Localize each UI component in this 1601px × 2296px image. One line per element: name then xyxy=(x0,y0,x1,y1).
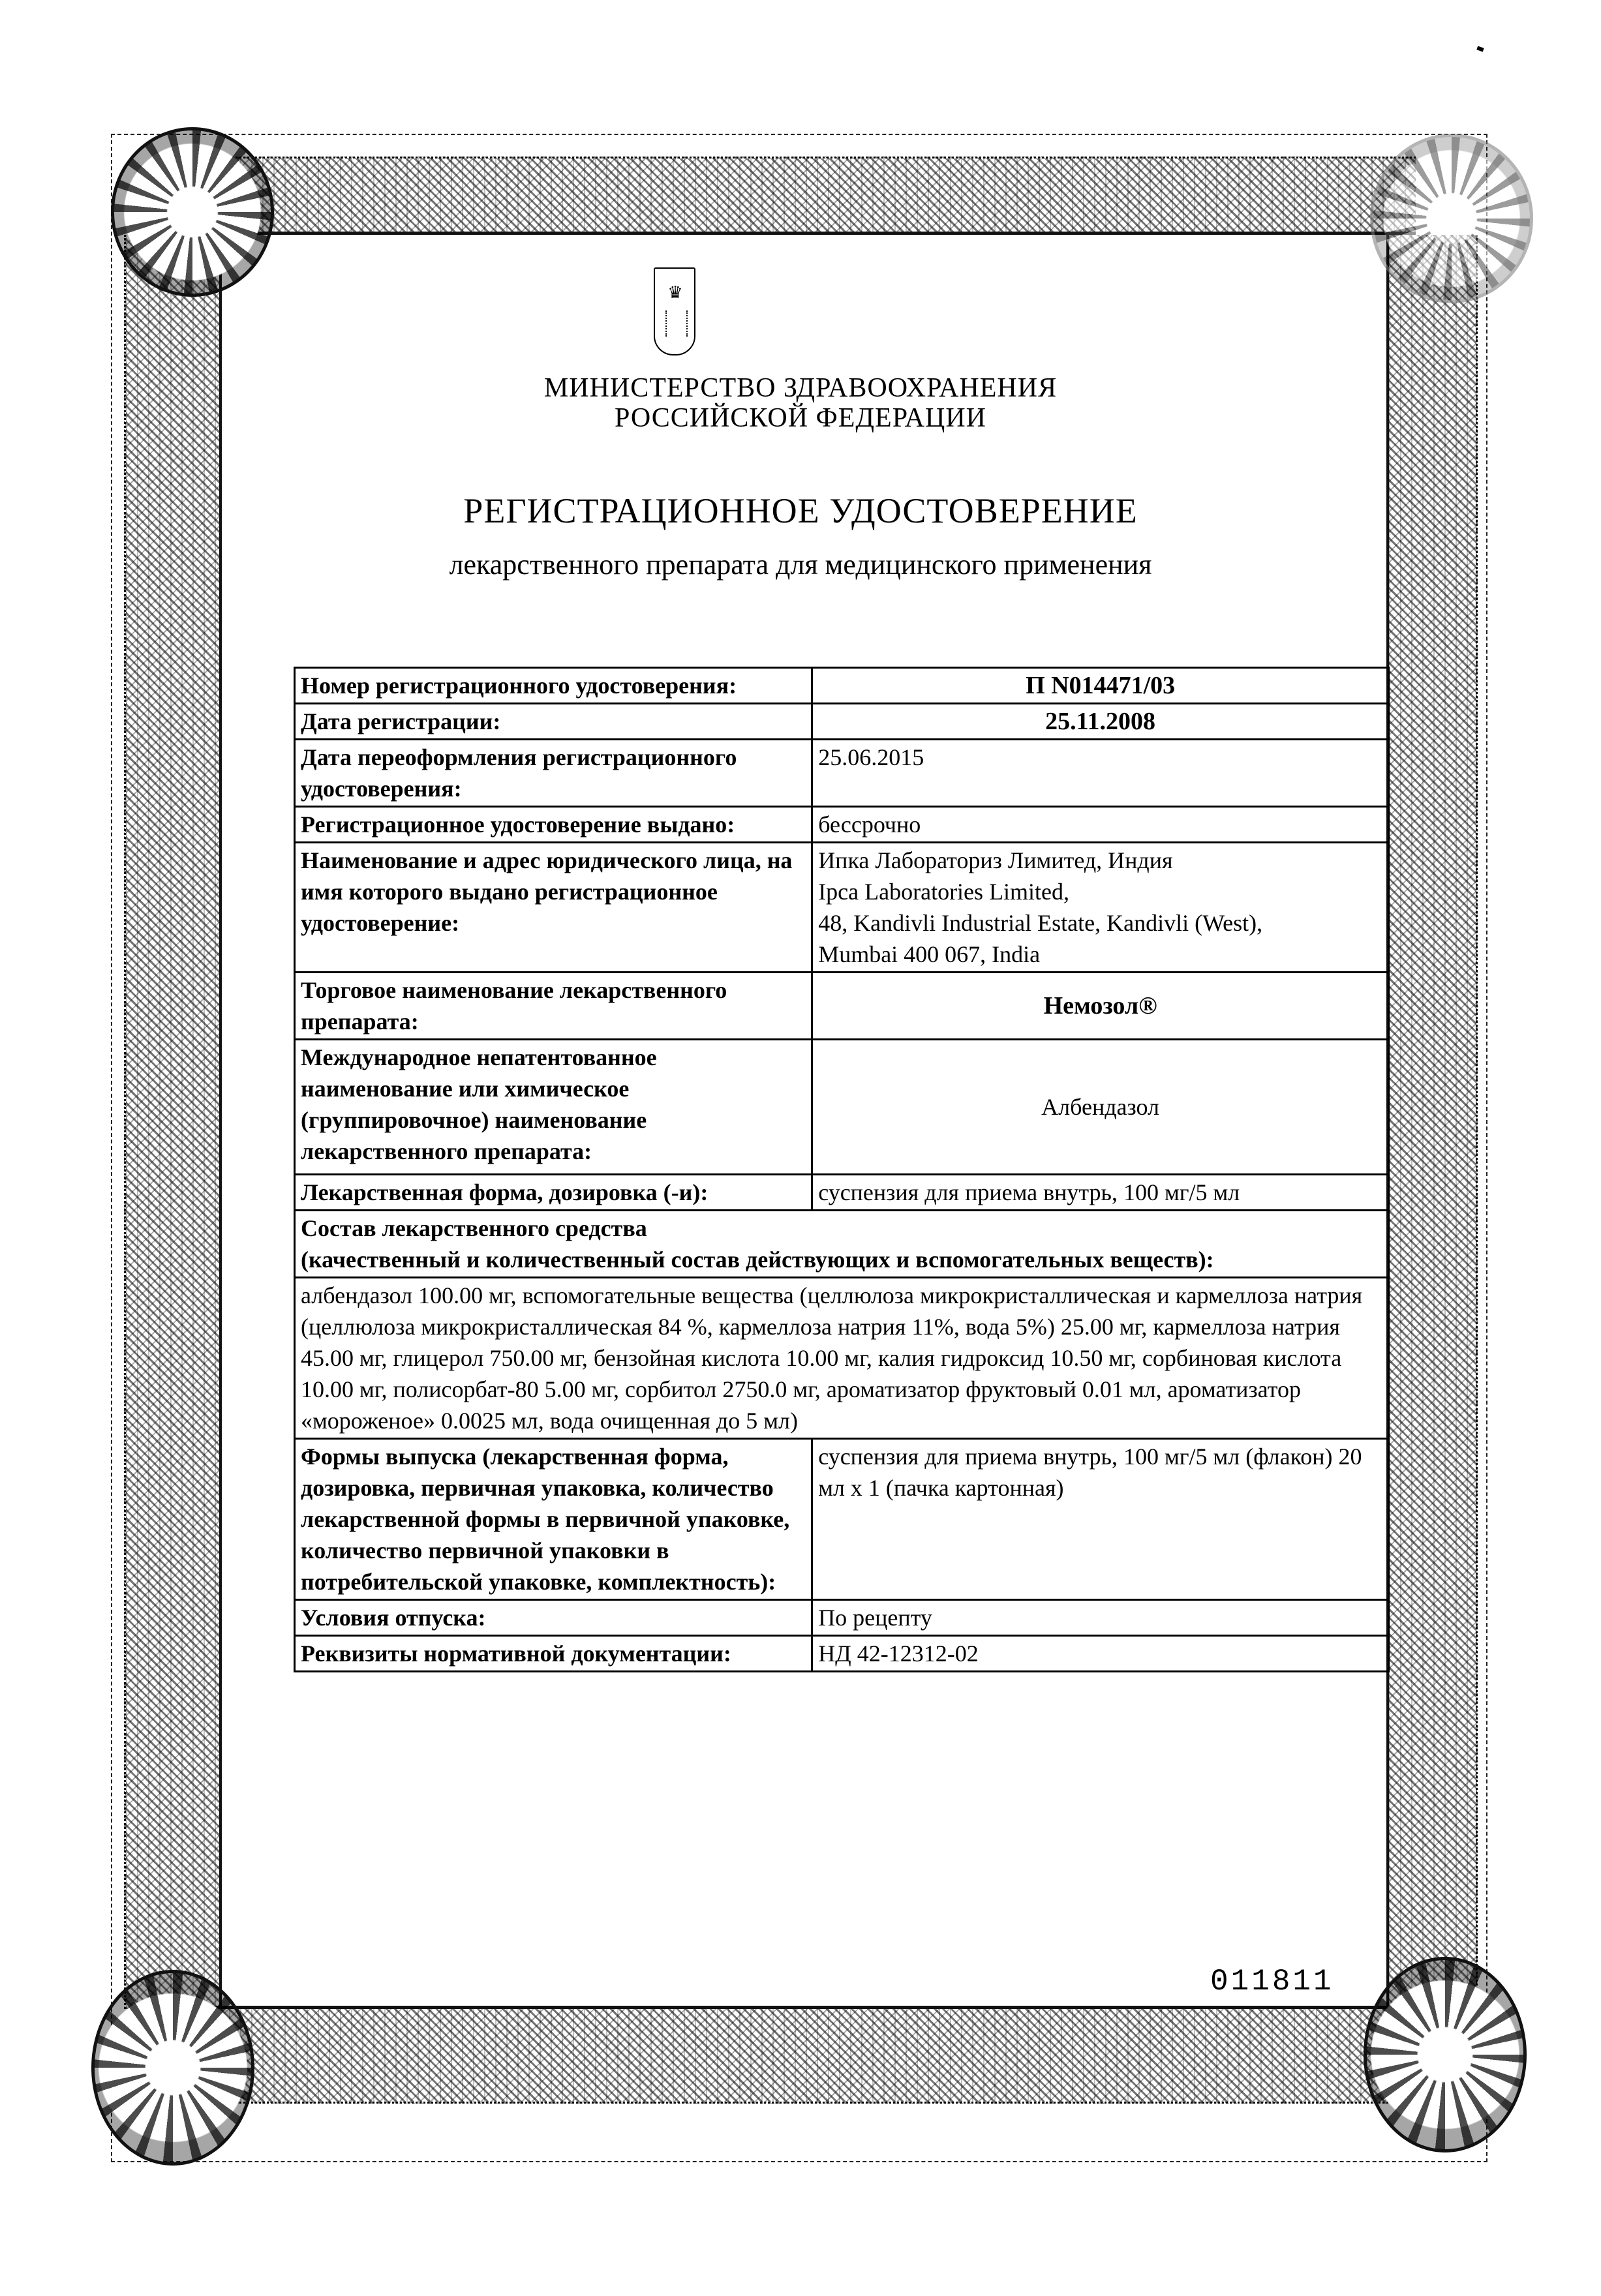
scan-speck xyxy=(1476,46,1484,52)
table-row-dosage-form: Лекарственная форма, дозировка (-и): сус… xyxy=(295,1175,1389,1211)
row-label: Дата переоформления регистрационного удо… xyxy=(295,740,812,807)
registration-table: Номер регистрационного удостоверения: П … xyxy=(294,667,1390,1672)
table-row-holder: Наименование и адрес юридического лица, … xyxy=(295,843,1389,973)
serial-number: 011811 xyxy=(1210,1965,1334,1999)
table-row-reissue-date: Дата переоформления регистрационного удо… xyxy=(295,740,1389,807)
table-row-normative-docs: Реквизиты нормативной документации: НД 4… xyxy=(295,1636,1389,1672)
composition-heading: Состав лекарственного средства (качестве… xyxy=(295,1211,1389,1278)
row-label: Номер регистрационного удостоверения: xyxy=(295,668,812,704)
table-row-registration-number: Номер регистрационного удостоверения: П … xyxy=(295,668,1389,704)
composition-heading-line1: Состав лекарственного средства xyxy=(301,1213,1382,1244)
validity: бессрочно xyxy=(812,807,1389,843)
ornament-band-top xyxy=(196,157,1416,235)
reissue-date: 25.06.2015 xyxy=(812,740,1389,807)
dosage-form: суспензия для приема внутрь, 100 мг/5 мл xyxy=(812,1175,1389,1211)
row-label: Наименование и адрес юридического лица, … xyxy=(295,843,812,973)
release-forms: суспензия для приема внутрь, 100 мг/5 мл… xyxy=(812,1439,1389,1600)
table-row-dispensing: Условия отпуска: По рецепту xyxy=(295,1600,1389,1636)
holder-line: Mumbai 400 067, India xyxy=(818,939,1382,970)
table-row-trade-name: Торговое наименование лекарственного пре… xyxy=(295,973,1389,1040)
table-row-composition-heading: Состав лекарственного средства (качестве… xyxy=(295,1211,1389,1278)
row-label: Формы выпуска (лекарственная форма, дози… xyxy=(295,1439,812,1600)
registration-number: П N014471/03 xyxy=(812,668,1389,704)
document-subtitle: лекарственного препарата для медицинског… xyxy=(0,548,1601,581)
normative-document: НД 42-12312-02 xyxy=(812,1636,1389,1672)
table-row-inn: Международное непатентованное наименован… xyxy=(295,1040,1389,1175)
ministry-name-line2: РОССИЙСКОЙ ФЕДЕРАЦИИ xyxy=(0,403,1601,433)
trade-name: Немозол® xyxy=(812,973,1389,1040)
rosette-icon-bottom-right xyxy=(1364,1957,1527,2152)
rosette-icon-top-left xyxy=(111,127,274,297)
dispensing-conditions: По рецепту xyxy=(812,1600,1389,1636)
table-row-release-forms: Формы выпуска (лекарственная форма, дози… xyxy=(295,1439,1389,1600)
holder-line: Ипка Лабораториз Лимитед, Индия xyxy=(818,845,1382,876)
holder-name-address: Ипка Лабораториз Лимитед, Индия Ipca Lab… xyxy=(812,843,1389,973)
row-label: Торговое наименование лекарственного пре… xyxy=(295,973,812,1040)
row-label: Международное непатентованное наименован… xyxy=(295,1040,812,1175)
row-label: Дата регистрации: xyxy=(295,704,812,740)
coat-of-arms-icon: ♛ xyxy=(654,267,695,355)
row-label: Лекарственная форма, дозировка (-и): xyxy=(295,1175,812,1211)
row-label: Регистрационное удостоверение выдано: xyxy=(295,807,812,843)
table-row-validity: Регистрационное удостоверение выдано: бе… xyxy=(295,807,1389,843)
ornament-band-bottom xyxy=(196,2006,1416,2104)
rosette-icon-top-right xyxy=(1370,134,1533,303)
ministry-name-line1: МИНИСТЕРСТВО ЗДРАВООХРАНЕНИЯ xyxy=(0,373,1601,403)
table-row-composition: албендазол 100.00 мг, вспомогательные ве… xyxy=(295,1278,1389,1439)
holder-line: Ipca Laboratories Limited, xyxy=(818,876,1382,907)
inn-name: Албендазол xyxy=(812,1040,1389,1175)
row-label: Реквизиты нормативной документации: xyxy=(295,1636,812,1672)
composition-text: албендазол 100.00 мг, вспомогательные ве… xyxy=(295,1278,1389,1439)
holder-line: 48, Kandivli Industrial Estate, Kandivli… xyxy=(818,907,1382,939)
rosette-icon-bottom-left xyxy=(91,1970,254,2166)
composition-heading-line2: (качественный и количественный состав де… xyxy=(301,1244,1382,1275)
row-label: Условия отпуска: xyxy=(295,1600,812,1636)
registration-date: 25.11.2008 xyxy=(812,704,1389,740)
eagle-icon: ♛ xyxy=(664,283,686,303)
document-title: РЕГИСТРАЦИОННОЕ УДОСТОВЕРЕНИЕ xyxy=(0,491,1601,531)
table-row-registration-date: Дата регистрации: 25.11.2008 xyxy=(295,704,1389,740)
rider-icon xyxy=(665,310,688,337)
